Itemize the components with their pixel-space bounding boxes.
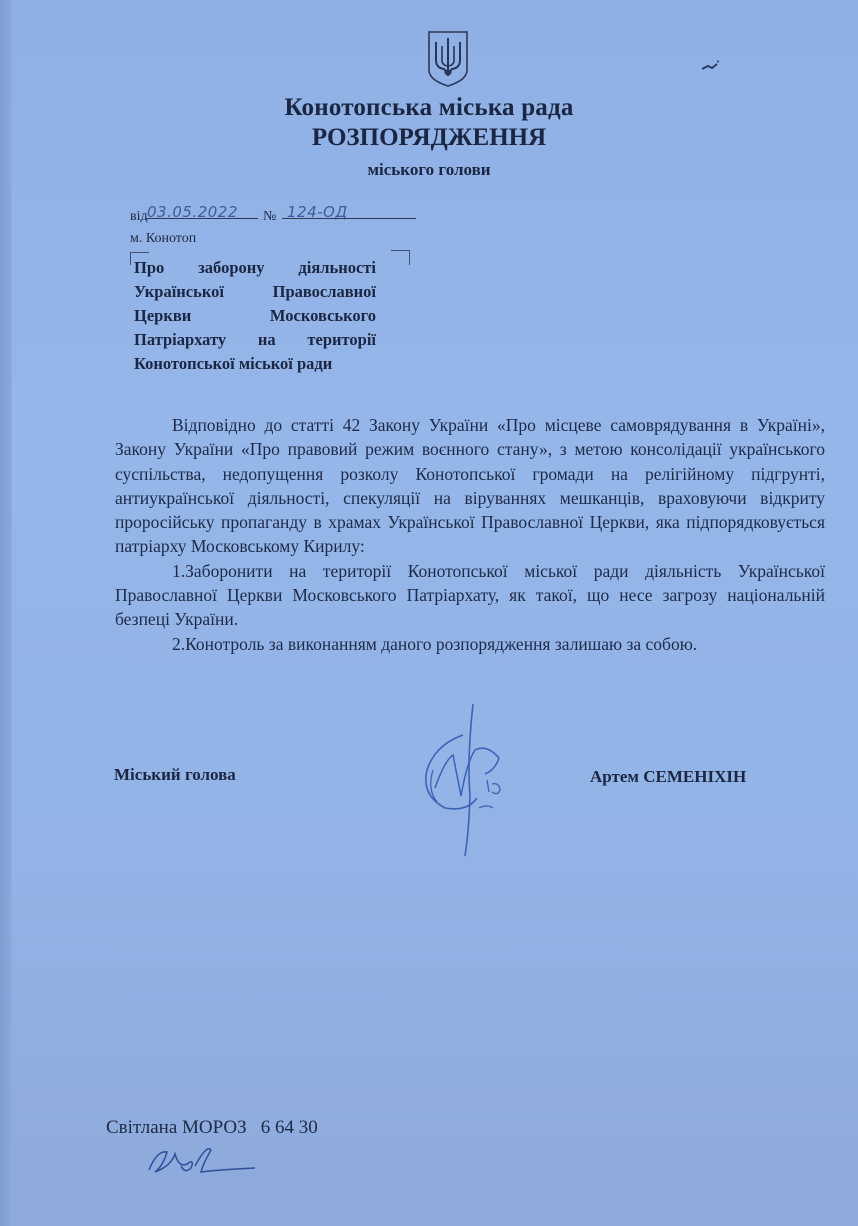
issuer: міського голови [0,160,858,180]
executor-phone: 6 64 30 [261,1117,318,1138]
date-label: від [130,209,148,225]
subject-line: Конотопської міської ради [134,352,376,376]
ink-smudge [700,60,720,72]
number-label: № [263,209,276,225]
subject-line: Патріархату на території [134,328,376,352]
executor-name: Світлана МОРОЗ [106,1117,247,1138]
clause-1: 1.Заборонити на території Конотопської м… [115,559,825,632]
subject-line: Про заборону діяльності [134,256,376,280]
council-name: Конотопська міська рада [0,94,858,122]
initials-signature-icon [145,1140,260,1180]
subject-line: Церкви Московського [134,304,376,328]
subject-heading: Про заборону діяльності Української Прав… [134,256,376,376]
trident-emblem-icon [427,30,469,88]
executor-line: Світлана МОРОЗ6 64 30 [106,1117,318,1139]
date-underline [146,218,258,219]
city: м. Конотоп [130,231,196,247]
date-number-line: від 03.05.2022 № 124-ОД [130,202,416,224]
preamble: Відповідно до статті 42 Закону України «… [115,413,825,559]
subject-line: Української Православної [134,280,376,304]
document-type: РОЗПОРЯДЖЕННЯ [0,124,858,152]
clause-2: 2.Конотроль за виконанням даного розпоря… [115,632,825,656]
document-body: Відповідно до статті 42 Закону України «… [115,413,825,656]
signatory-name: Артем СЕМЕНІХІН [590,767,746,787]
subject-bracket-right [391,250,410,265]
signatory-title: Міський голова [114,765,236,785]
number-underline [282,218,416,219]
signature-icon [415,700,525,860]
page-edge-shadow [0,0,12,1226]
